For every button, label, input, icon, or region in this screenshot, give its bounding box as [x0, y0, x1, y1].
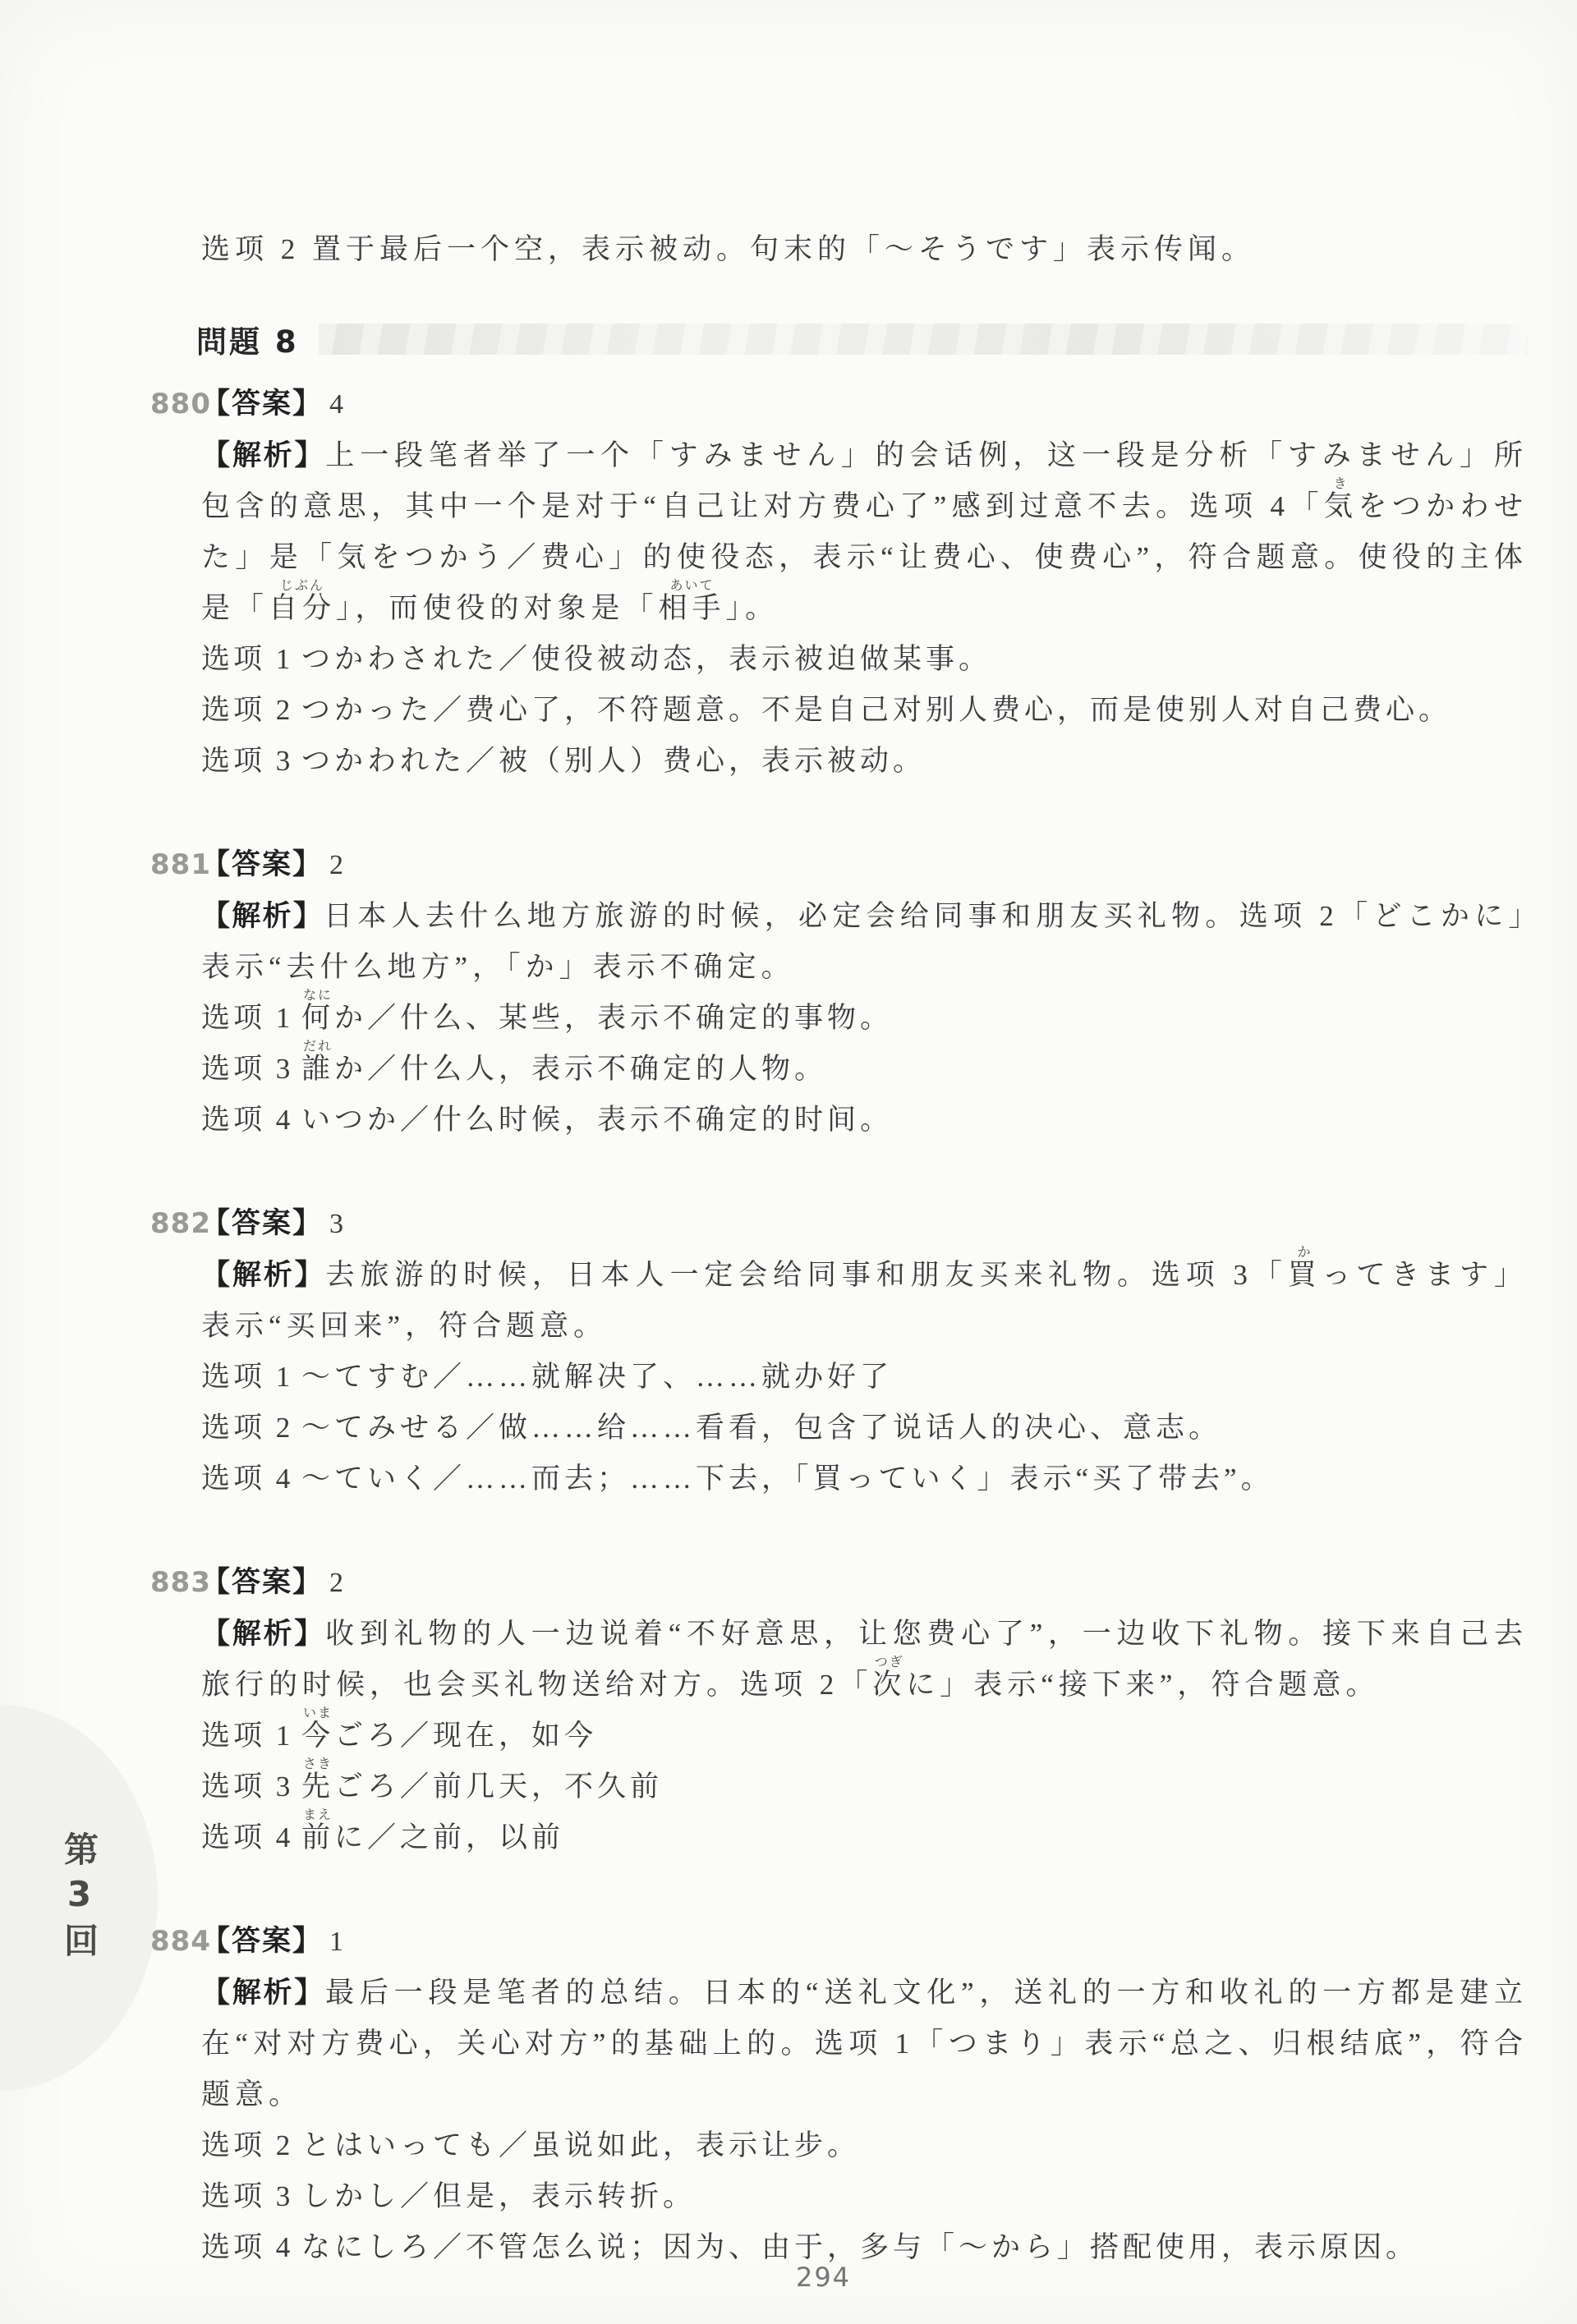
question-number: 884	[150, 1916, 211, 1967]
option-text: 誰だれか／什么人，表示不确定的人物。	[301, 1044, 827, 1095]
answer-label: 【答案】	[201, 1925, 323, 1957]
answer-line: 【答案】2	[201, 1557, 1528, 1609]
option-row: 选项 4 前まえに／之前，以前	[201, 1812, 1528, 1863]
question-number: 880	[150, 379, 211, 429]
furigana-base: 相手あいて	[659, 592, 726, 624]
option-text: ～ていく／……而去；……下去，「買っていく」表示“买了带去”。	[301, 1454, 1274, 1504]
question-number: 882	[150, 1198, 211, 1249]
page-number: 294	[0, 2262, 1577, 2293]
analysis-text: 去旅游的时候，日本人一定会给同事和朋友买来礼物。选项 3「買かってきます」表示“…	[201, 1259, 1528, 1342]
question-block: 880 【答案】4 【解析】上一段笔者举了一个「すみません」的会话例，这一段是分…	[201, 379, 1528, 787]
option-label: 选项 4	[201, 1454, 301, 1504]
analysis-text: 收到礼物的人一边说着“不好意思，让您费心了”，一边收下礼物。接下来自己去旅行的时…	[201, 1618, 1528, 1701]
option-text: 今いまごろ／现在，如今	[301, 1711, 597, 1761]
analysis-paragraph: 【解析】去旅游的时候，日本人一定会给同事和朋友买来礼物。选项 3「買かってきます…	[201, 1250, 1528, 1352]
analysis-text: 最后一段是笔者的总结。日本的“送礼文化”，送礼的一方和收礼的一方都是建立在“对对…	[201, 1977, 1528, 2110]
furigana-base: 今いま	[301, 1720, 334, 1752]
question-block: 883 【答案】2 【解析】收到礼物的人一边说着“不好意思，让您费心了”，一边收…	[201, 1557, 1528, 1863]
option-row: 选项 2 ～てみせる／做……给……看看，包含了说话人的决心、意志。	[201, 1403, 1528, 1454]
intro-text: 选项 2 置于最后一个空，表示被动。句末的「～そうです」表示传闻。	[201, 224, 1528, 275]
option-text: 何なにか／什么、某些，表示不确定的事物。	[301, 993, 893, 1044]
side-tab: 第3回	[0, 1705, 158, 2091]
option-text: 前まえに／之前，以前	[301, 1812, 564, 1863]
option-row: 选项 3 しかし／但是，表示转折。	[201, 2171, 1528, 2222]
question-block: 881 【答案】2 【解析】日本人去什么地方旅游的时候，必定会给同事和朋友买礼物…	[201, 839, 1528, 1146]
furigana-base: 買か	[1288, 1259, 1322, 1291]
option-text: つかった／费心了，不符题意。不是自己对别人费心，而是使别人对自己费心。	[301, 685, 1451, 736]
side-tab-label: 第3回	[54, 1831, 103, 1965]
furigana-base: 前まえ	[301, 1821, 334, 1853]
question-number: 883	[150, 1557, 211, 1608]
option-row: 选项 3 先さきごろ／前几天，不久前	[201, 1761, 1528, 1812]
option-label: 选项 1	[201, 1711, 301, 1761]
furigana-base: 先さき	[301, 1771, 334, 1803]
analysis-label: 【解析】	[201, 1259, 326, 1291]
furigana-base: 何なに	[301, 1002, 334, 1034]
option-text: とはいっても／虽说如此，表示让步。	[301, 2120, 860, 2171]
furigana-text: あいて	[670, 580, 715, 593]
analysis-label: 【解析】	[201, 900, 324, 932]
answer-value: 2	[323, 1568, 343, 1598]
furigana-text: き	[1334, 478, 1349, 491]
answer-value: 1	[323, 1927, 343, 1957]
furigana-text: まえ	[303, 1809, 333, 1822]
option-label: 选项 1	[201, 634, 301, 685]
book-page: 第3回 选项 2 置于最后一个空，表示被动。句末的「～そうです」表示传闻。 問題…	[0, 0, 1577, 2324]
option-text: つかわれた／被（别人）费心，表示被动。	[301, 736, 926, 787]
analysis-paragraph: 【解析】上一段笔者举了一个「すみません」的会话例，这一段是分析「すみません」所包…	[201, 430, 1528, 634]
option-label: 选项 3	[201, 736, 301, 787]
answer-label: 【答案】	[201, 848, 323, 880]
option-label: 选项 2	[201, 1403, 301, 1454]
option-row: 选项 1 つかわされた／使役被动态，表示被迫做某事。	[201, 634, 1528, 685]
option-row: 选项 1 ～てすむ／……就解决了、……就办好了	[201, 1352, 1528, 1403]
answer-line: 【答案】4	[201, 379, 1528, 430]
question-block: 882 【答案】3 【解析】去旅游的时候，日本人一定会给同事和朋友买来礼物。选项…	[201, 1198, 1528, 1504]
furigana-base: 誰だれ	[301, 1053, 334, 1085]
answer-line: 【答案】2	[201, 839, 1528, 891]
furigana-text: さき	[303, 1758, 333, 1771]
option-row: 选项 1 何なにか／什么、某些，表示不确定的事物。	[201, 993, 1528, 1044]
analysis-label: 【解析】	[201, 439, 325, 471]
question-number: 881	[150, 839, 211, 890]
answer-label: 【答案】	[201, 388, 323, 420]
answer-value: 4	[323, 389, 343, 420]
question-block: 884 【答案】1 【解析】最后一段是笔者的总结。日本的“送礼文化”，送礼的一方…	[201, 1916, 1528, 2273]
option-label: 选项 4	[201, 1812, 301, 1863]
option-text: つかわされた／使役被动态，表示被迫做某事。	[301, 634, 991, 685]
answer-label: 【答案】	[201, 1566, 323, 1598]
answer-value: 2	[323, 850, 343, 880]
furigana-text: じぶん	[280, 580, 324, 593]
answer-value: 3	[323, 1209, 343, 1239]
option-row: 选项 4 いつか／什么时候，表示不确定的时间。	[201, 1095, 1528, 1146]
answer-line: 【答案】1	[201, 1916, 1528, 1968]
option-text: しかし／但是，表示转折。	[301, 2171, 696, 2222]
analysis-text: 上一段笔者举了一个「すみません」的会话例，这一段是分析「すみません」所包含的意思…	[201, 439, 1528, 624]
options-list: 选项 1 今いまごろ／现在，如今 选项 3 先さきごろ／前几天，不久前 选项 4…	[201, 1711, 1528, 1863]
answer-line: 【答案】3	[201, 1198, 1528, 1250]
option-label: 选项 4	[201, 1095, 301, 1146]
section-header-bar	[319, 324, 1528, 355]
page-content: 选项 2 置于最后一个空，表示被动。句末的「～そうです」表示传闻。 問題 8 8…	[201, 195, 1528, 2273]
furigana-base: 次つぎ	[872, 1669, 906, 1701]
options-list: 选项 1 つかわされた／使役被动态，表示被迫做某事。 选项 2 つかった／费心了…	[201, 634, 1528, 787]
furigana-base: 気き	[1324, 490, 1358, 522]
option-row: 选项 4 ～ていく／……而去；……下去，「買っていく」表示“买了带去”。	[201, 1454, 1528, 1504]
analysis-label: 【解析】	[201, 1618, 325, 1650]
option-label: 选项 2	[201, 2120, 301, 2171]
option-label: 选项 1	[201, 1352, 301, 1403]
option-row: 选项 3 誰だれか／什么人，表示不确定的人物。	[201, 1044, 1528, 1095]
furigana-base: 自分じぶん	[269, 592, 336, 624]
analysis-paragraph: 【解析】最后一段是笔者的总结。日本的“送礼文化”，送礼的一方和收礼的一方都是建立…	[201, 1968, 1528, 2120]
option-row: 选项 2 つかった／费心了，不符题意。不是自己对别人费心，而是使别人对自己费心。	[201, 685, 1528, 736]
furigana-text: つぎ	[875, 1656, 904, 1670]
furigana-text: か	[1298, 1247, 1313, 1260]
analysis-label: 【解析】	[201, 1977, 325, 2009]
analysis-paragraph: 【解析】日本人去什么地方旅游的时候，必定会给同事和朋友买礼物。选项 2「どこかに…	[201, 891, 1528, 993]
option-row: 选项 3 つかわれた／被（别人）费心，表示被动。	[201, 736, 1528, 787]
option-text: ～てすむ／……就解决了、……就办好了	[301, 1352, 893, 1403]
option-label: 选项 3	[201, 1761, 301, 1812]
analysis-text: 日本人去什么地方旅游的时候，必定会给同事和朋友买礼物。选项 2「どこかに」表示“…	[201, 900, 1528, 983]
option-label: 选项 2	[201, 685, 301, 736]
furigana-text: いま	[303, 1707, 333, 1720]
option-label: 选项 3	[201, 2171, 301, 2222]
option-text: いつか／什么时候，表示不确定的时间。	[301, 1095, 893, 1146]
furigana-text: なに	[303, 990, 333, 1003]
option-text: 先さきごろ／前几天，不久前	[301, 1761, 663, 1812]
option-label: 选项 1	[201, 993, 301, 1044]
section-header: 問題 8	[196, 321, 1528, 357]
options-list: 选项 2 とはいっても／虽说如此，表示让步。 选项 3 しかし／但是，表示转折。…	[201, 2120, 1528, 2273]
analysis-paragraph: 【解析】收到礼物的人一边说着“不好意思，让您费心了”，一边收下礼物。接下来自己去…	[201, 1609, 1528, 1711]
option-text: ～てみせる／做……给……看看，包含了说话人的决心、意志。	[301, 1403, 1221, 1454]
option-label: 选项 3	[201, 1044, 301, 1095]
option-row: 选项 1 今いまごろ／现在，如今	[201, 1711, 1528, 1761]
option-row: 选项 2 とはいっても／虽说如此，表示让步。	[201, 2120, 1528, 2171]
section-title: 問題 8	[196, 317, 299, 361]
options-list: 选项 1 何なにか／什么、某些，表示不确定的事物。 选项 3 誰だれか／什么人，…	[201, 993, 1528, 1146]
answer-label: 【答案】	[201, 1207, 323, 1239]
furigana-text: だれ	[303, 1040, 333, 1054]
options-list: 选项 1 ～てすむ／……就解决了、……就办好了 选项 2 ～てみせる／做……给……	[201, 1352, 1528, 1504]
